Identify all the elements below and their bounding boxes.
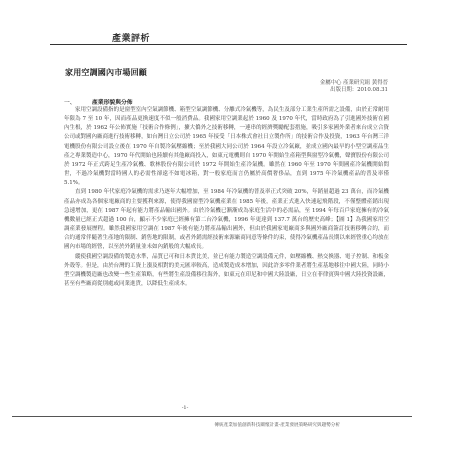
document-page: 產業評析 家用空調國內市場回顧 金屬中心 產業研究組 黃得晉 出版日期：2010… — [0, 0, 452, 452]
article-body: 家用空調設備指的是窗型室內空氣調節機、箱型空氣調節機、分離式冷氣機等，為民生及部… — [64, 106, 389, 289]
publish-date: 出版日期：2010.08.31 — [320, 87, 388, 94]
section-heading: 一、產業形貌與分佈 — [64, 97, 133, 106]
section-label: 產業評析 — [112, 31, 150, 44]
header-rule — [50, 44, 407, 45]
byline: 金屬中心 產業研究組 黃得晉 出版日期：2010.08.31 — [320, 80, 388, 94]
paragraph: 直到 1980 年代家庭冷氣機的需求乃逐年大幅增加，至 1984 年冷氣機的普及… — [64, 188, 389, 252]
document-title: 家用空調國內市場回顧 — [65, 67, 147, 78]
page-number: -1- — [0, 405, 370, 411]
footer-rule — [12, 416, 412, 417]
paragraph: 縱使我國空調設備的製造水準，品質已可和日本貨比美，並已有能力製造空調設備元件，如… — [64, 253, 389, 290]
paragraph: 家用空調設備指的是窗型室內空氣調節機、箱型空氣調節機、分離式冷氣機等，為民生及部… — [64, 106, 389, 188]
author: 金屬中心 產業研究組 黃得晉 — [320, 80, 388, 87]
section-number: 一、 — [64, 97, 92, 106]
footer-source: 傳統產業加值創新科技關懷計畫-產業發展策略研究與趨勢分析 — [214, 422, 340, 428]
